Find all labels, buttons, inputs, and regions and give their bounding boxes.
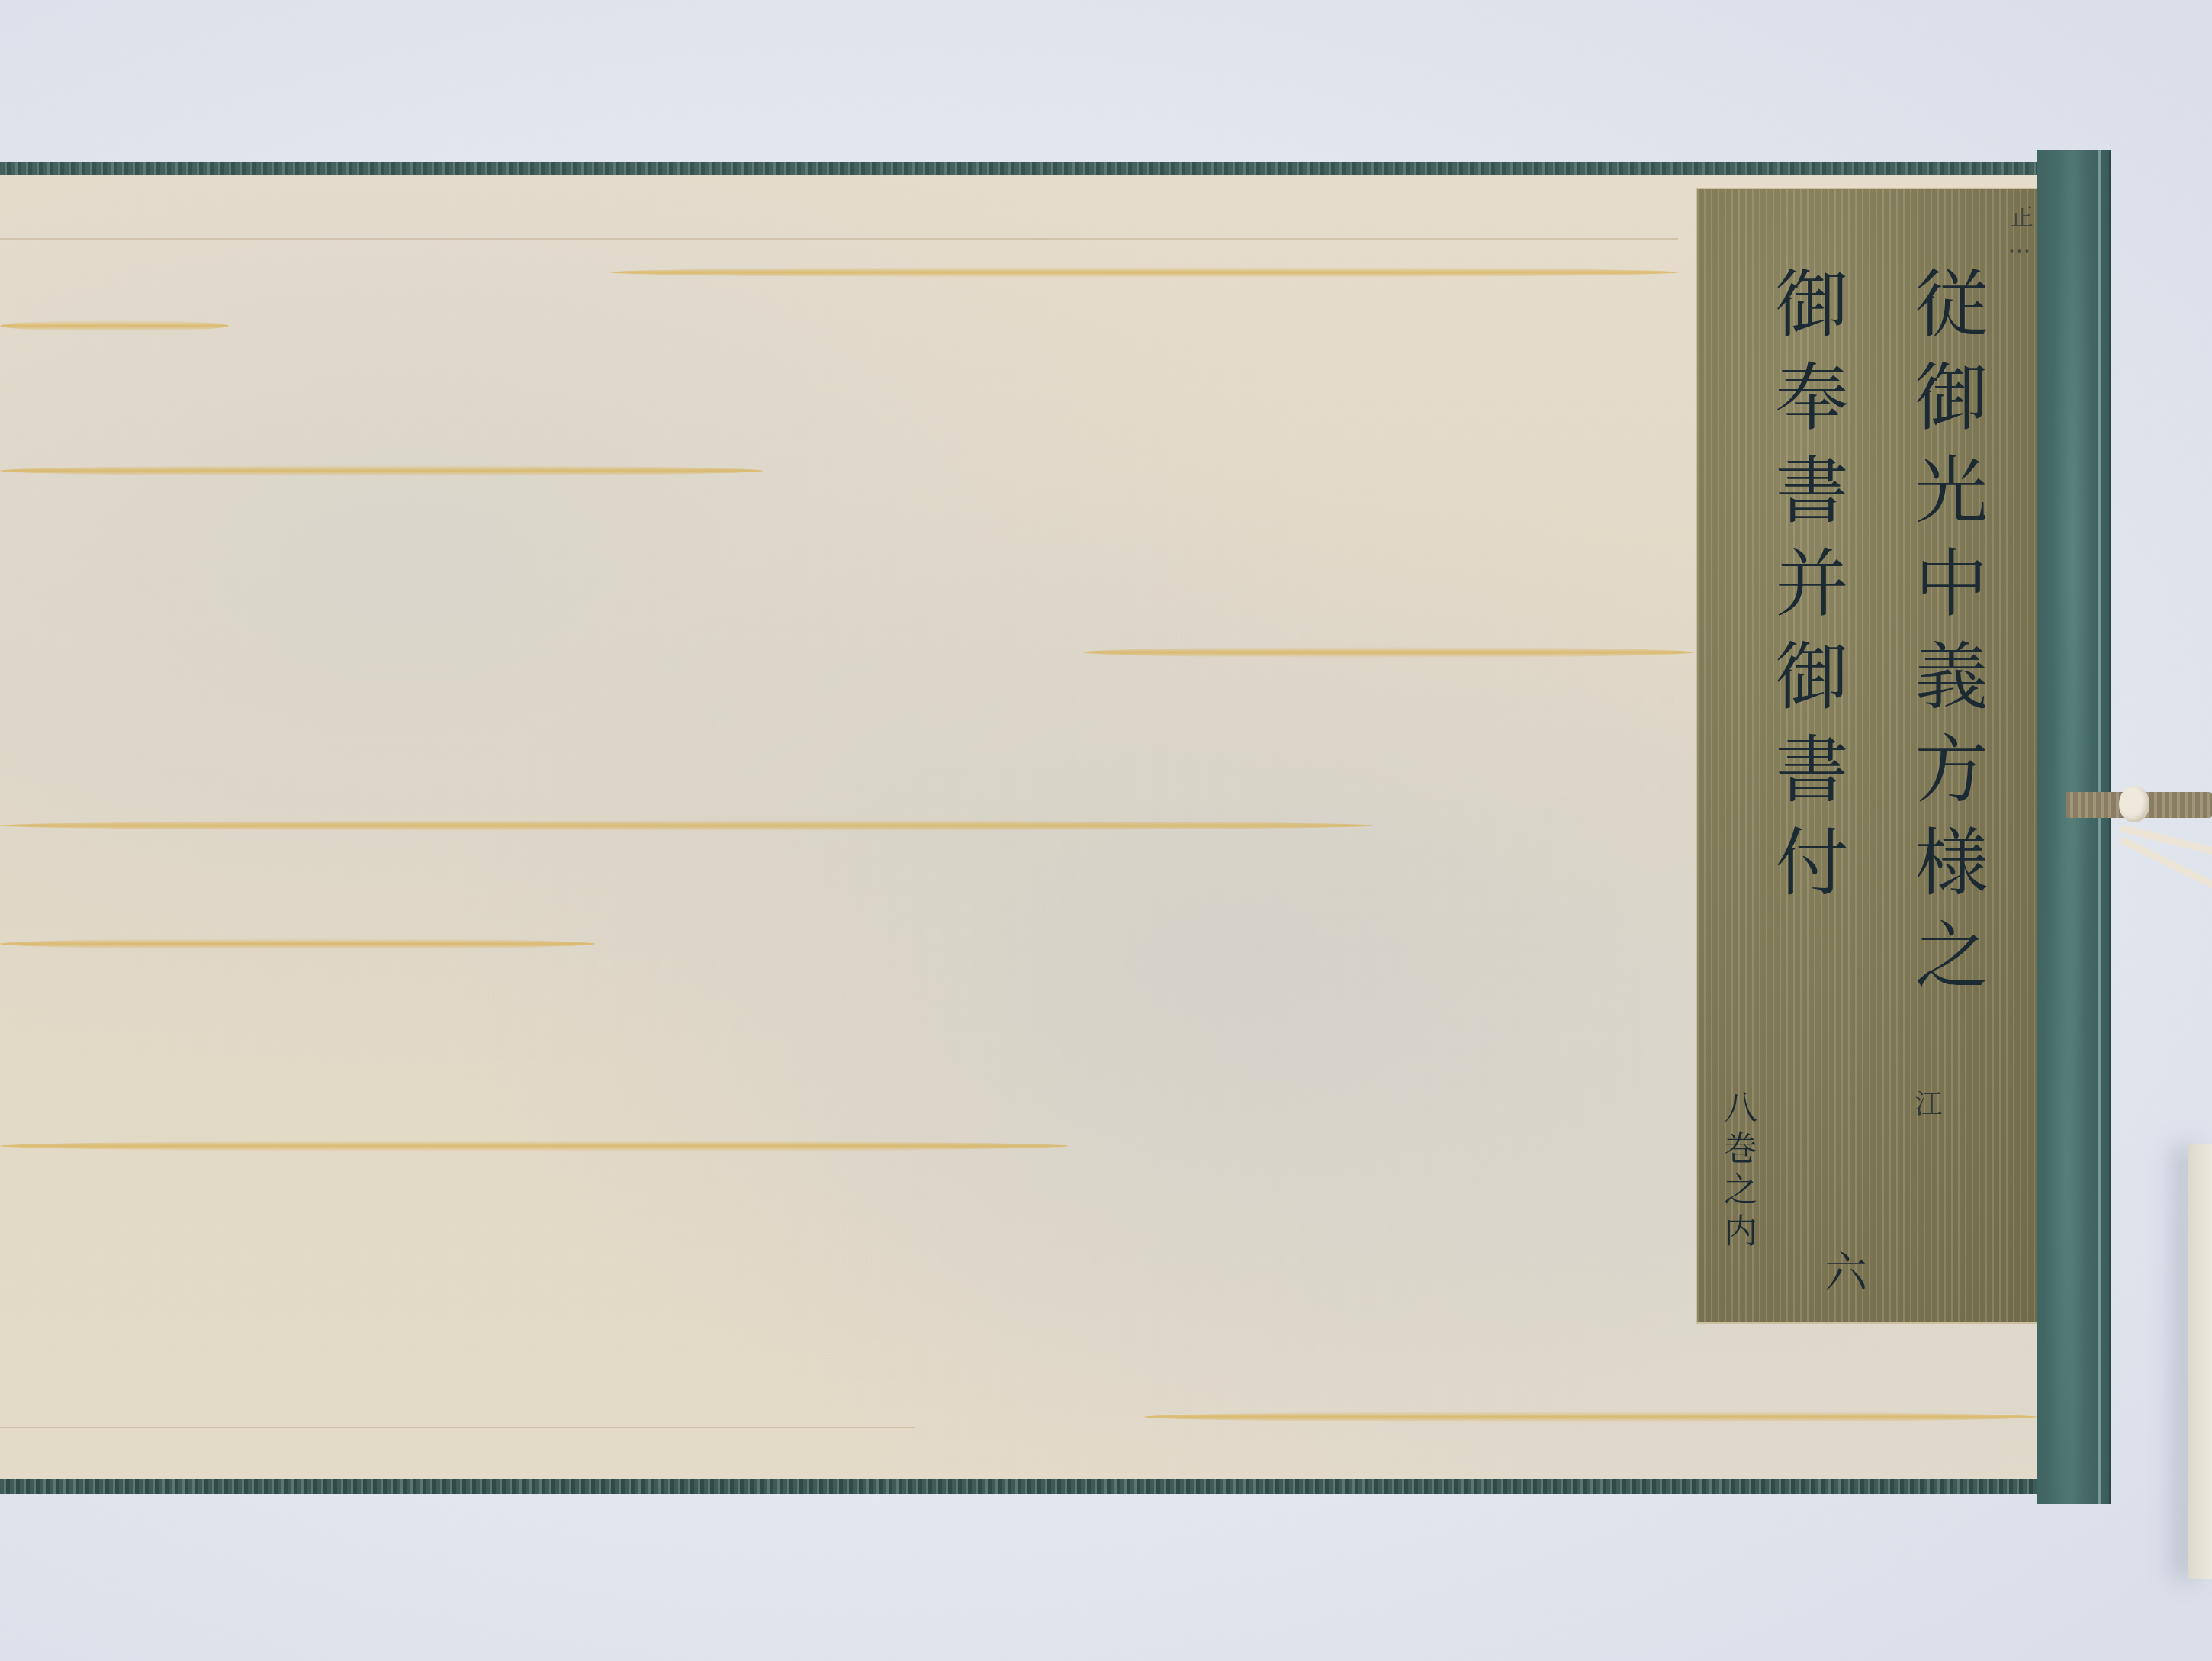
number-mark: 六 [1812, 1250, 1873, 1312]
faint-note: 正… [2002, 204, 2036, 263]
bottom-silk-border [0, 1479, 2044, 1494]
title-main-column: 従御光中義方様之 [1894, 266, 1998, 1010]
fold-crease [0, 820, 1373, 831]
title-second-column: 御奉書并御書付 [1754, 266, 1859, 917]
fold-crease [0, 1141, 1068, 1151]
title-slip: 正… 従御光中義方様之 御奉書并御書付 江 八巻之内 六 [1697, 189, 2037, 1322]
fold-crease [0, 938, 595, 949]
cord-knot [2119, 786, 2149, 822]
sub-note: 江 [1907, 1090, 1946, 1122]
top-silk-border [0, 162, 2044, 175]
fold-crease [610, 267, 1678, 278]
fold-crease [0, 465, 763, 476]
rolled-end-tag [2188, 1144, 2212, 1579]
fold-crease [1083, 647, 1693, 658]
volume-annotation: 八巻之内 [1712, 1090, 1761, 1254]
fold-crease [1144, 1412, 2037, 1422]
ruled-line [0, 238, 1678, 240]
silk-highlight [2098, 150, 2101, 1504]
fold-crease [0, 320, 229, 331]
mounting-silk-edge [2037, 150, 2111, 1504]
ruled-line [0, 1427, 915, 1428]
